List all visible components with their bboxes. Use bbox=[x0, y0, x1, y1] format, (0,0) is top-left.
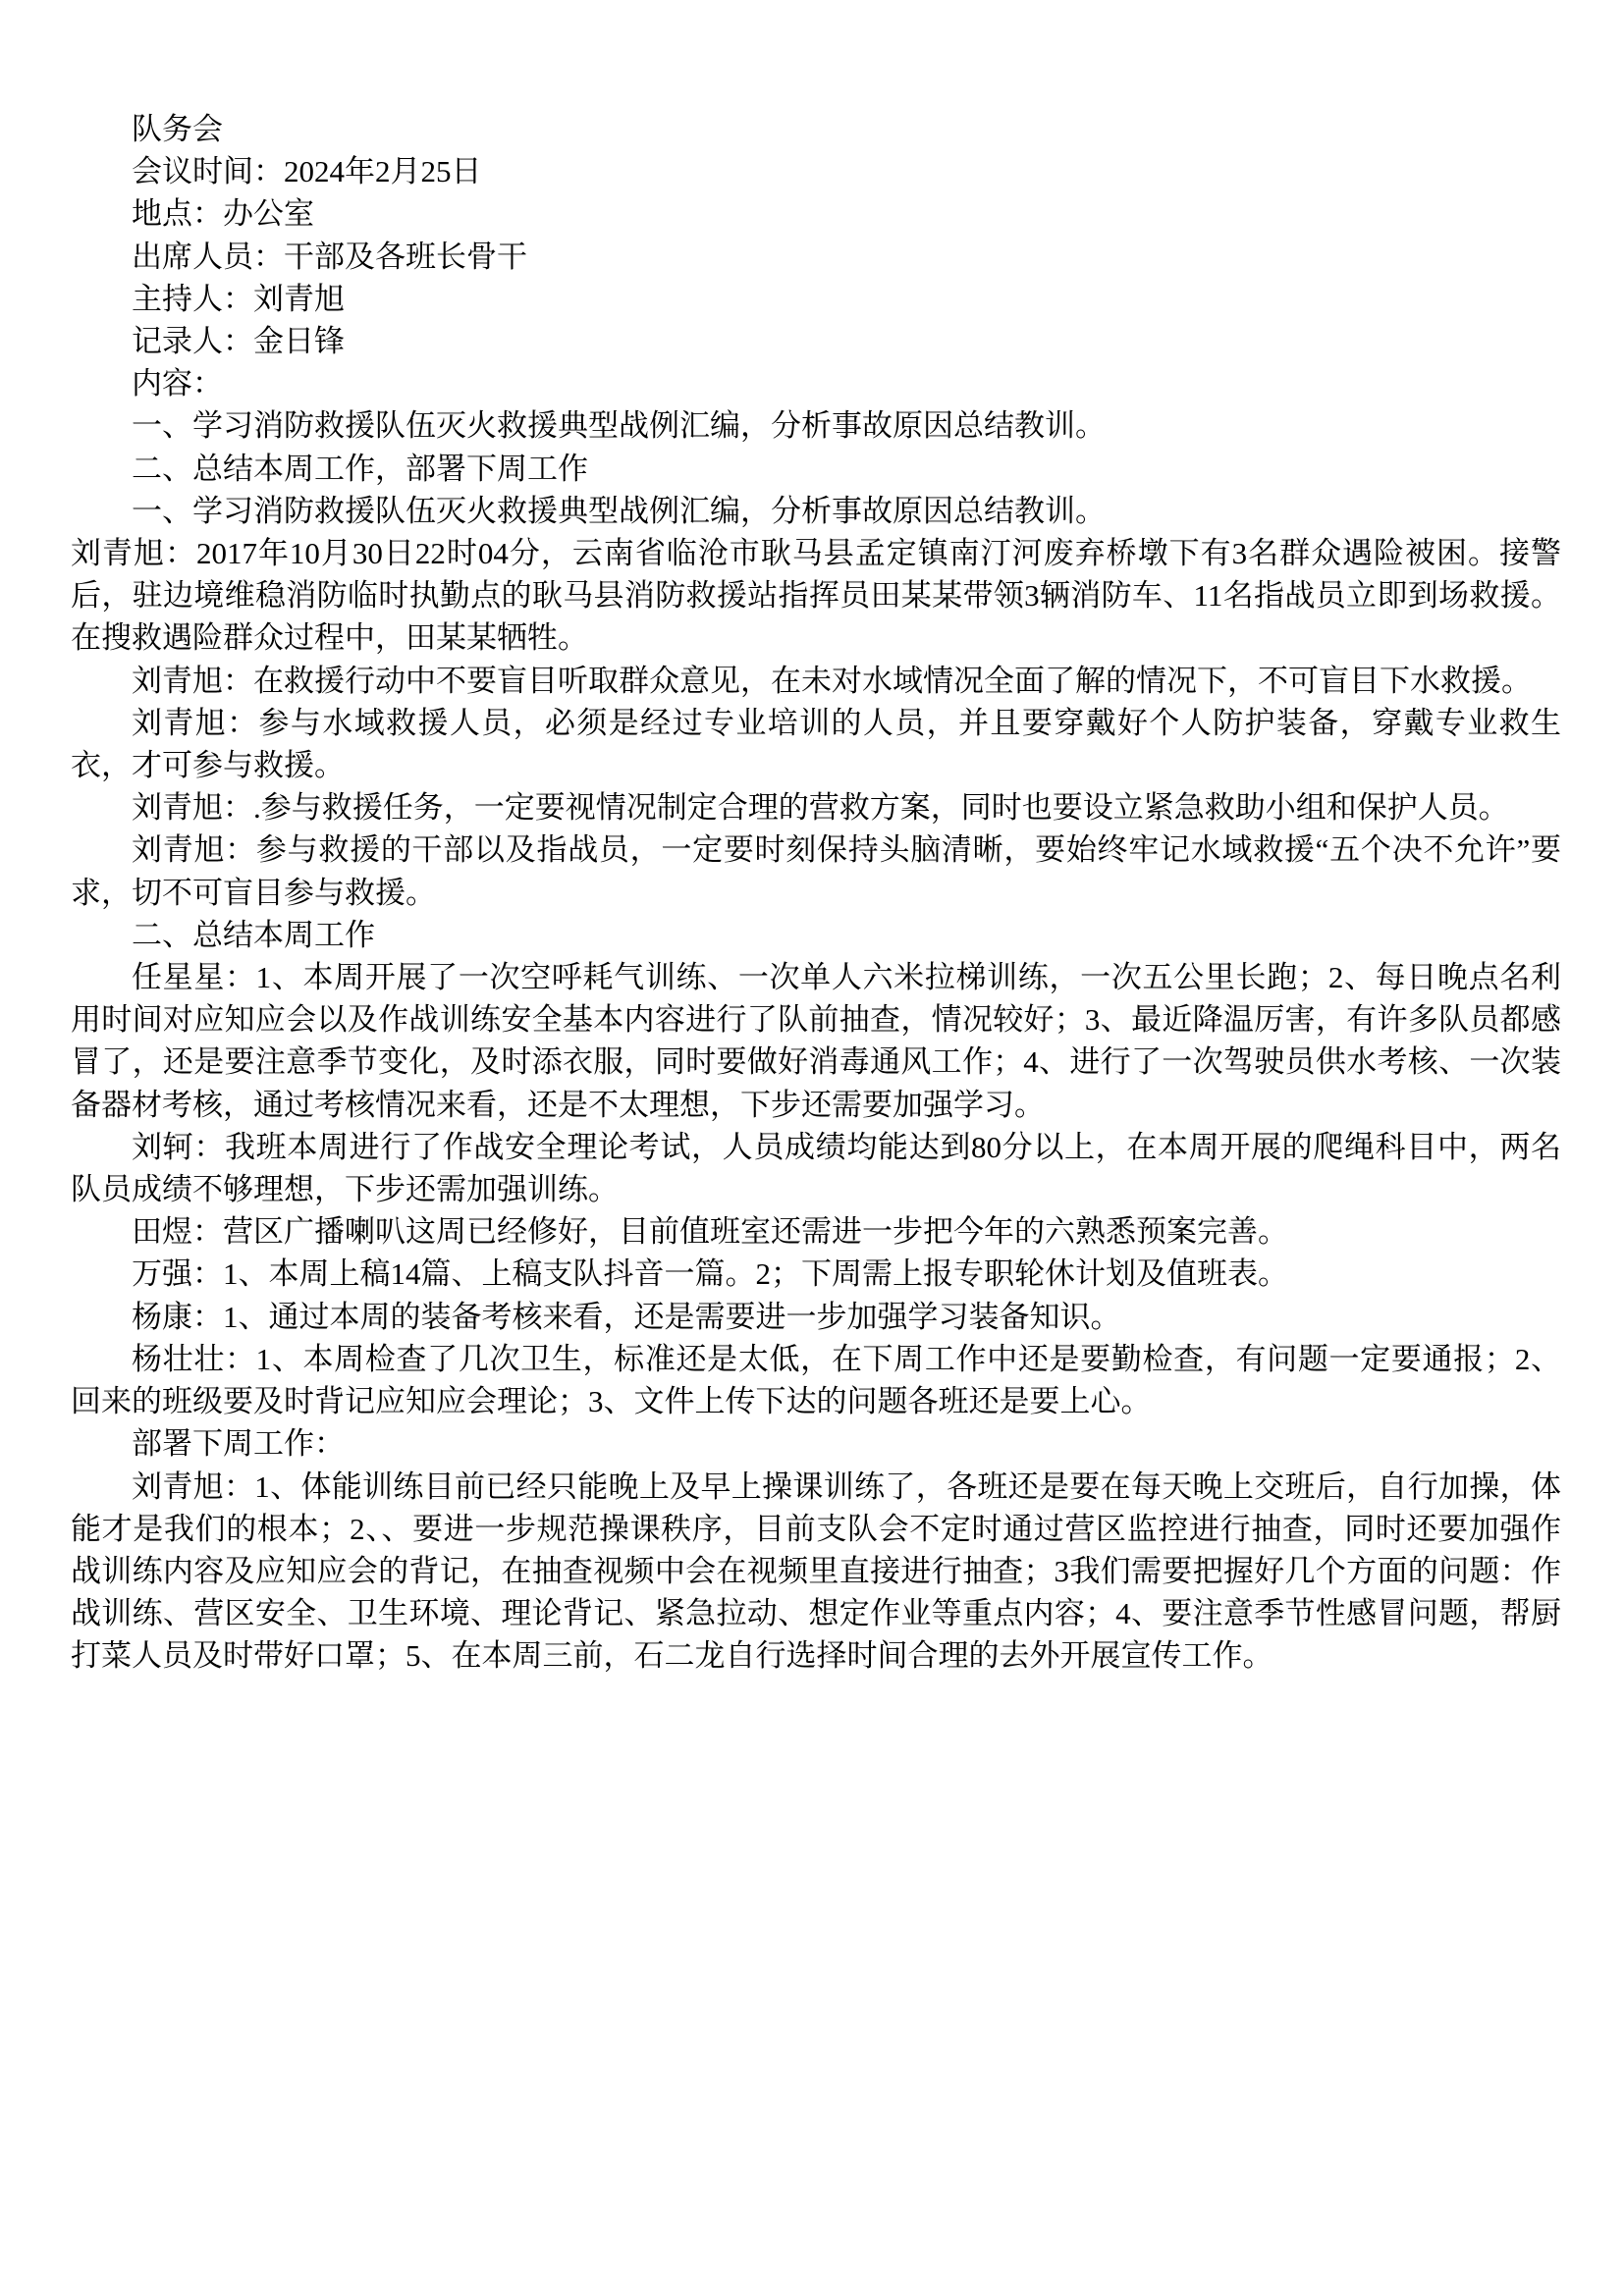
doc-title: 队务会 bbox=[71, 108, 1561, 150]
host: 主持人：刘青旭 bbox=[71, 278, 1561, 320]
section-2-heading: 二、总结本周工作 bbox=[71, 914, 1561, 956]
agenda-item-1: 一、学习消防救援队伍灭火救援典型战例汇编，分析事故原因总结教训。 bbox=[71, 404, 1561, 447]
agenda-item-2: 二、总结本周工作，部署下周工作 bbox=[71, 448, 1561, 490]
recorder: 记录人：金日锋 bbox=[71, 320, 1561, 362]
report-wanqiang: 万强：1、本周上稿14篇、上稿支队抖音一篇。2；下周需上报专职轮休计划及值班表。 bbox=[71, 1253, 1561, 1295]
remark-liuqingxu-1: 刘青旭：在救援行动中不要盲目听取群众意见，在未对水域情况全面了解的情况下，不可盲… bbox=[71, 660, 1561, 702]
report-yangzhuangzhuang: 杨壮壮：1、本周检查了几次卫生，标准还是太低，在下周工作中还是要勤检查，有问题一… bbox=[71, 1338, 1561, 1422]
report-liuke: 刘轲：我班本周进行了作战安全理论考试，人员成绩均能达到80分以上，在本周开展的爬… bbox=[71, 1126, 1561, 1210]
remark-liuqingxu-2: 刘青旭：参与水域救援人员，必须是经过专业培训的人员，并且要穿戴好个人防护装备，穿… bbox=[71, 702, 1561, 786]
attendees: 出席人员：干部及各班长骨干 bbox=[71, 236, 1561, 278]
document-page: 队务会 会议时间：2024年2月25日 地点：办公室 出席人员：干部及各班长骨干… bbox=[0, 0, 1624, 2296]
next-week-heading: 部署下周工作： bbox=[71, 1422, 1561, 1465]
meeting-location: 地点：办公室 bbox=[71, 192, 1561, 235]
report-renxingxing: 任星星：1、本周开展了一次空呼耗气训练、一次单人六米拉梯训练，一次五公里长跑；2… bbox=[71, 956, 1561, 1126]
remark-liuqingxu-3: 刘青旭：.参与救援任务，一定要视情况制定合理的营救方案，同时也要设立紧急救助小组… bbox=[71, 786, 1561, 828]
report-tianyu: 田煜：营区广播喇叭这周已经修好，目前值班室还需进一步把今年的六熟悉预案完善。 bbox=[71, 1210, 1561, 1253]
meeting-time: 会议时间：2024年2月25日 bbox=[71, 150, 1561, 192]
next-week-plan: 刘青旭：1、体能训练目前已经只能晚上及早上操课训练了，各班还是要在每天晚上交班后… bbox=[71, 1466, 1561, 1678]
remark-liuqingxu-4: 刘青旭：参与救援的干部以及指战员，一定要时刻保持头脑清晰，要始终牢记水域救援“五… bbox=[71, 828, 1561, 913]
case-brief: 刘青旭：2017年10月30日22时04分，云南省临沧市耿马县孟定镇南汀河废弃桥… bbox=[71, 532, 1561, 660]
report-yangkang: 杨康：1、通过本周的装备考核来看，还是需要进一步加强学习装备知识。 bbox=[71, 1296, 1561, 1338]
content-label: 内容： bbox=[71, 362, 1561, 404]
section-1-heading: 一、学习消防救援队伍灭火救援典型战例汇编，分析事故原因总结教训。 bbox=[71, 490, 1561, 532]
